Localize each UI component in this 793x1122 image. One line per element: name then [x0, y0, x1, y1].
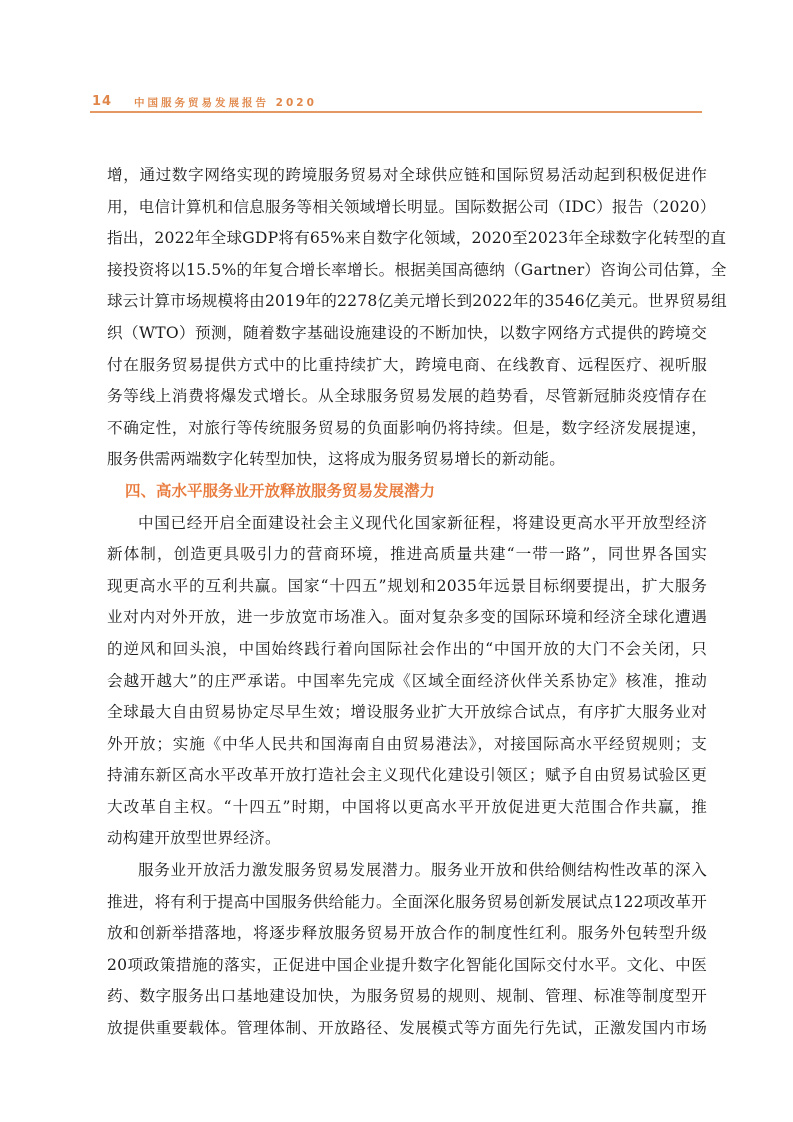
text-line: 服务供需两端数字化转型加快，这将成为服务贸易增长的新动能。 — [107, 444, 707, 476]
text-line: 用，电信计算机和信息服务等相关领域增长明显。国际数据公司（IDC）报告（2020… — [107, 192, 707, 224]
text-line: 球云计算市场规模将由2019年的2278亿美元增长到2022年的3546亿美元。… — [107, 286, 707, 318]
text-line: 服务业开放活力激发服务贸易发展潜力。服务业开放和供给侧结构性改革的深入 — [107, 855, 707, 887]
paragraph-digital-trade: 增，通过数字网络实现的跨境服务贸易对全球供应链和国际贸易活动起到积极促进作 用，… — [107, 160, 707, 476]
text-line: 指出，2022年全球GDP将有65%来自数字化领域，2020至2023年全球数字… — [107, 223, 707, 255]
page-body: 增，通过数字网络实现的跨境服务贸易对全球供应链和国际贸易活动起到积极促进作 用，… — [107, 160, 707, 1045]
running-title: 中国服务贸易发展报告 2020 — [134, 95, 317, 110]
text-line: 新体制，创造更具吸引力的营商环境，推进高质量共建“一带一路”，同世界各国实 — [107, 539, 707, 571]
text-line: 现更高水平的互利共赢。国家“十四五”规划和2035年远景目标纲要提出，扩大服务 — [107, 571, 707, 603]
text-line: 会越开越大”的庄严承诺。中国率先完成《区域全面经济伙伴关系协定》核准，推动 — [107, 666, 707, 698]
text-line: 动构建开放型世界经济。 — [107, 823, 707, 855]
text-line: 持浦东新区高水平改革开放打造社会主义现代化建设引领区；赋予自由贸易试验区更 — [107, 760, 707, 792]
text-line: 务等线上消费将爆发式增长。从全球服务贸易发展的趋势看，尽管新冠肺炎疫情存在 — [107, 381, 707, 413]
page-number: 14 — [92, 94, 112, 109]
text-line: 增，通过数字网络实现的跨境服务贸易对全球供应链和国际贸易活动起到积极促进作 — [107, 160, 707, 192]
header-divider — [90, 111, 702, 113]
section-heading: 四、高水平服务业开放释放服务贸易发展潜力 — [107, 476, 707, 508]
paragraph-opening-up: 中国已经开启全面建设社会主义现代化国家新征程，将建设更高水平开放型经济 新体制，… — [107, 508, 707, 856]
text-line: 大改革自主权。“十四五”时期，中国将以更高水平开放促进更大范围合作共赢，推 — [107, 792, 707, 824]
text-line: 的逆风和回头浪，中国始终践行着向国际社会作出的“中国开放的大门不会关闭，只 — [107, 634, 707, 666]
text-line: 中国已经开启全面建设社会主义现代化国家新征程，将建设更高水平开放型经济 — [107, 508, 707, 540]
text-line: 全球最大自由贸易协定尽早生效；增设服务业扩大开放综合试点，有序扩大服务业对 — [107, 697, 707, 729]
text-line: 不确定性，对旅行等传统服务贸易的负面影响仍将持续。但是，数字经济发展提速， — [107, 413, 707, 445]
text-line: 接投资将以15.5%的年复合增长率增长。根据美国高德纳（Gartner）咨询公司… — [107, 255, 707, 287]
text-line: 药、数字服务出口基地建设加快，为服务贸易的规则、规制、管理、标准等制度型开 — [107, 981, 707, 1013]
page-header: 14 中国服务贸易发展报告 2020 — [92, 94, 702, 112]
text-line: 放提供重要载体。管理体制、开放路径、发展模式等方面先行先试，正激发国内市场 — [107, 1013, 707, 1045]
text-line: 放和创新举措落地，将逐步释放服务贸易开放合作的制度性红利。服务外包转型升级 — [107, 918, 707, 950]
text-line: 业对内对外开放，进一步放宽市场准入。面对复杂多变的国际环境和经济全球化遭遇 — [107, 602, 707, 634]
text-line: 推进，将有利于提高中国服务供给能力。全面深化服务贸易创新发展试点122项改革开 — [107, 887, 707, 919]
text-line: 付在服务贸易提供方式中的比重持续扩大，跨境电商、在线教育、远程医疗、视听服 — [107, 350, 707, 382]
paragraph-service-openness: 服务业开放活力激发服务贸易发展潜力。服务业开放和供给侧结构性改革的深入 推进，将… — [107, 855, 707, 1045]
text-line: 20项政策措施的落实，正促进中国企业提升数字化智能化国际交付水平。文化、中医 — [107, 950, 707, 982]
text-line: 织（WTO）预测，随着数字基础设施建设的不断加快，以数字网络方式提供的跨境交 — [107, 318, 707, 350]
text-line: 外开放；实施《中华人民共和国海南自由贸易港法》，对接国际高水平经贸规则；支 — [107, 729, 707, 761]
